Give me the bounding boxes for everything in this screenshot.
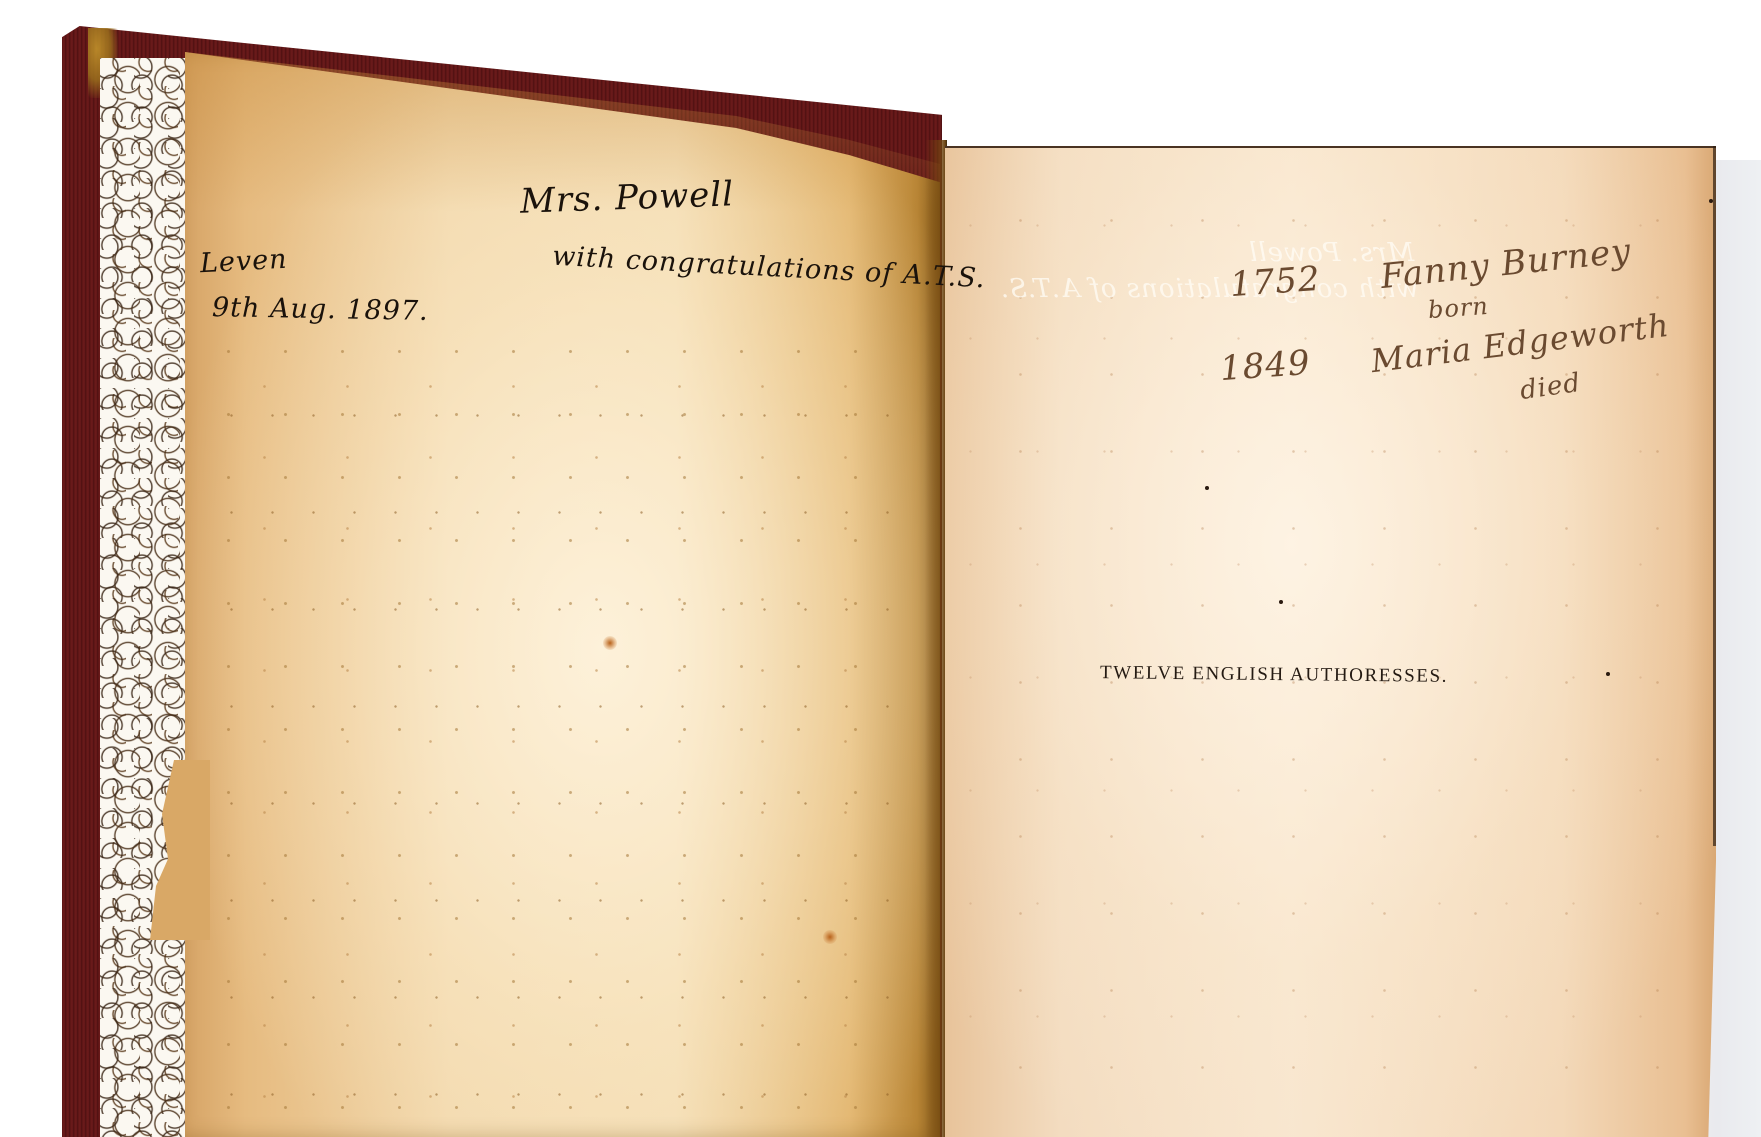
inscription-recipient: Mrs. Powell bbox=[519, 174, 734, 221]
print-dot bbox=[1205, 486, 1209, 490]
marbled-endpaper bbox=[100, 58, 194, 1137]
left-page-foxing bbox=[200, 320, 900, 1120]
print-dot bbox=[1606, 672, 1610, 676]
book-photograph: Mrs. Powell with congratulations of A.T.… bbox=[0, 0, 1761, 1137]
print-dot bbox=[1279, 600, 1283, 604]
print-dot bbox=[1709, 199, 1713, 203]
right-page-edge bbox=[1713, 146, 1716, 846]
pencil-year-1849: 1849 bbox=[1219, 343, 1312, 389]
foxing-spot bbox=[823, 930, 837, 944]
printed-half-title: TWELVE ENGLISH AUTHORESSES. bbox=[1100, 662, 1448, 688]
pencil-year-1752: 1752 bbox=[1229, 259, 1322, 305]
ghost-offset-message: with congratulations of A.T.S. bbox=[1000, 274, 1419, 304]
inscription-date: 9th Aug. 1897. bbox=[212, 292, 429, 327]
right-page-speckles bbox=[960, 160, 1700, 1120]
inscription-place: Leven bbox=[199, 244, 288, 280]
foxing-spot bbox=[603, 636, 617, 650]
pencil-born: born bbox=[1427, 292, 1490, 324]
